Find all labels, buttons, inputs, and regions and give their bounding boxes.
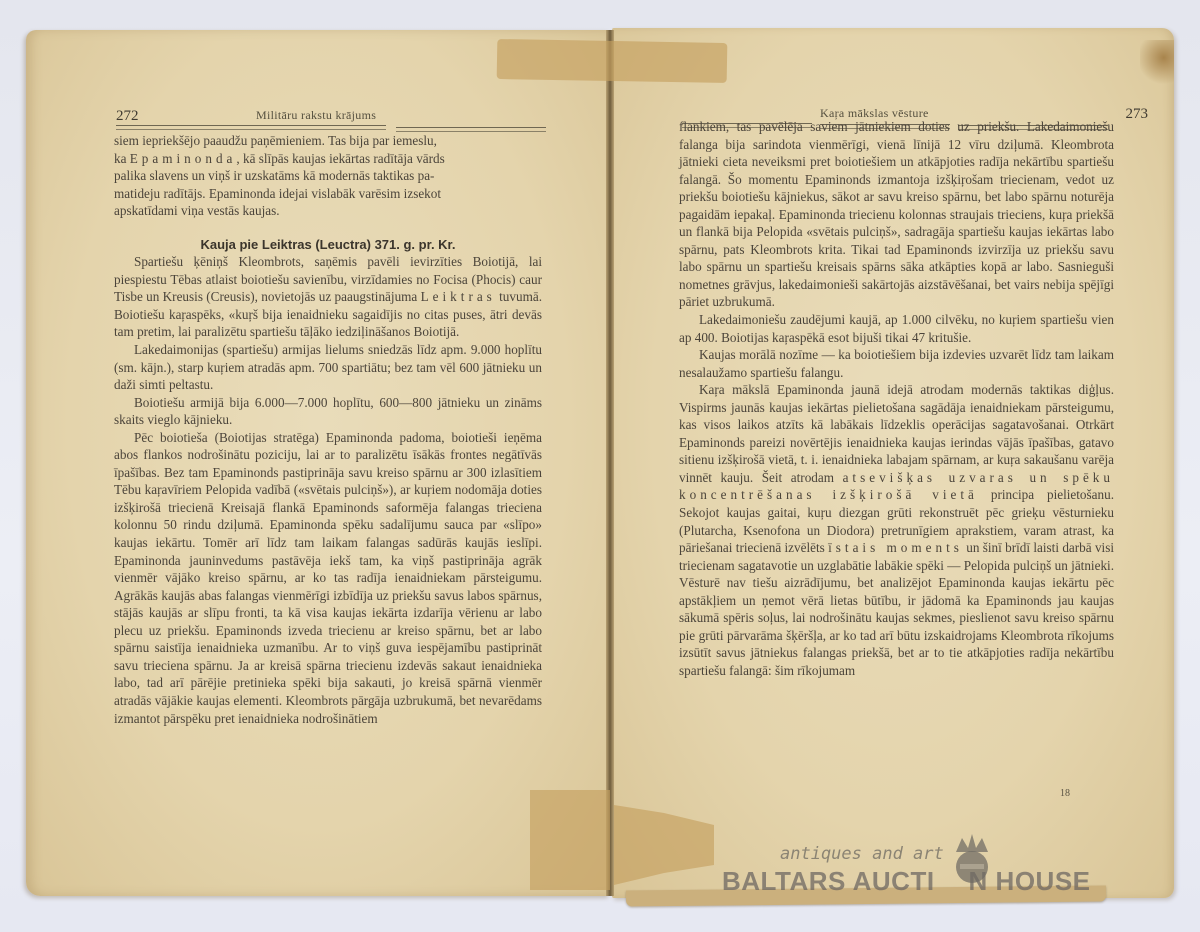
text-line: apskatīdami viņa vestās kaujas. (114, 202, 542, 220)
paragraph: Boiotiešu armijā bija 6.000—7.000 hoplīt… (114, 394, 542, 429)
paragraph: Pēc boiotieša (Boiotijas stratēga) Epami… (114, 429, 542, 727)
corner-stain (1140, 40, 1174, 84)
text-line: palika slavens un viņš ir uzskatāms kā m… (114, 167, 542, 185)
page-number: 272 (116, 108, 139, 125)
text-line: ka Epaminonda, kā slīpās kaujas iekārtas… (114, 150, 542, 168)
paragraph: Lakedaimoniešu zaudējumi kaujā, ap 1.000… (679, 311, 1114, 346)
paragraph: Kaujas morālā nozīme — ka boiotiešiem bi… (679, 346, 1114, 381)
paragraph: Kaŗa mākslā Epaminonda jaunā idejā atrod… (679, 381, 1114, 679)
spaced-place-name: Leiktras (421, 289, 496, 304)
header-rule (116, 125, 246, 130)
paragraph: flankiem, tas pavēlēja saviem jātniekiem… (679, 118, 1114, 311)
text-line: matideju radītājs. Epaminonda idejai vis… (114, 185, 542, 203)
left-page: 272 Militāru rakstu krājums siem iepriek… (26, 30, 610, 896)
signature-mark: 18 (1060, 788, 1070, 799)
spaced-name: Epaminonda (130, 151, 237, 166)
left-page-body: siem iepriekšējo paaudžu paņēmieniem. Ta… (114, 132, 542, 727)
text-line: siem iepriekšējo paaudžu paņēmieniem. Ta… (114, 132, 542, 150)
spaced-emphasis: īstais moments (828, 540, 963, 555)
book-spine (606, 30, 614, 896)
paragraph-text: un šinī brīdī laisti darbā visi triecien… (679, 540, 1114, 678)
left-page-header: 272 Militāru rakstu krājums (116, 108, 616, 130)
page-number: 273 (1126, 106, 1149, 123)
running-title: Militāru rakstu krājums (256, 108, 376, 123)
paragraph: Lakedaimonijas (spartiešu) armijas lielu… (114, 341, 542, 394)
repair-tape (530, 790, 610, 890)
section-heading: Kauja pie Leiktras (Leuctra) 371. g. pr.… (114, 236, 542, 254)
right-page: Kaŗa mākslas vēsture 273 flankiem, tas p… (612, 28, 1174, 898)
paragraph: Spartiešu ķēniņš Kleombrots, saņēmis pav… (114, 253, 542, 341)
right-page-body: flankiem, tas pavēlēja saviem jātniekiem… (679, 118, 1114, 680)
header-rule (246, 125, 386, 130)
repair-tape (497, 39, 728, 83)
